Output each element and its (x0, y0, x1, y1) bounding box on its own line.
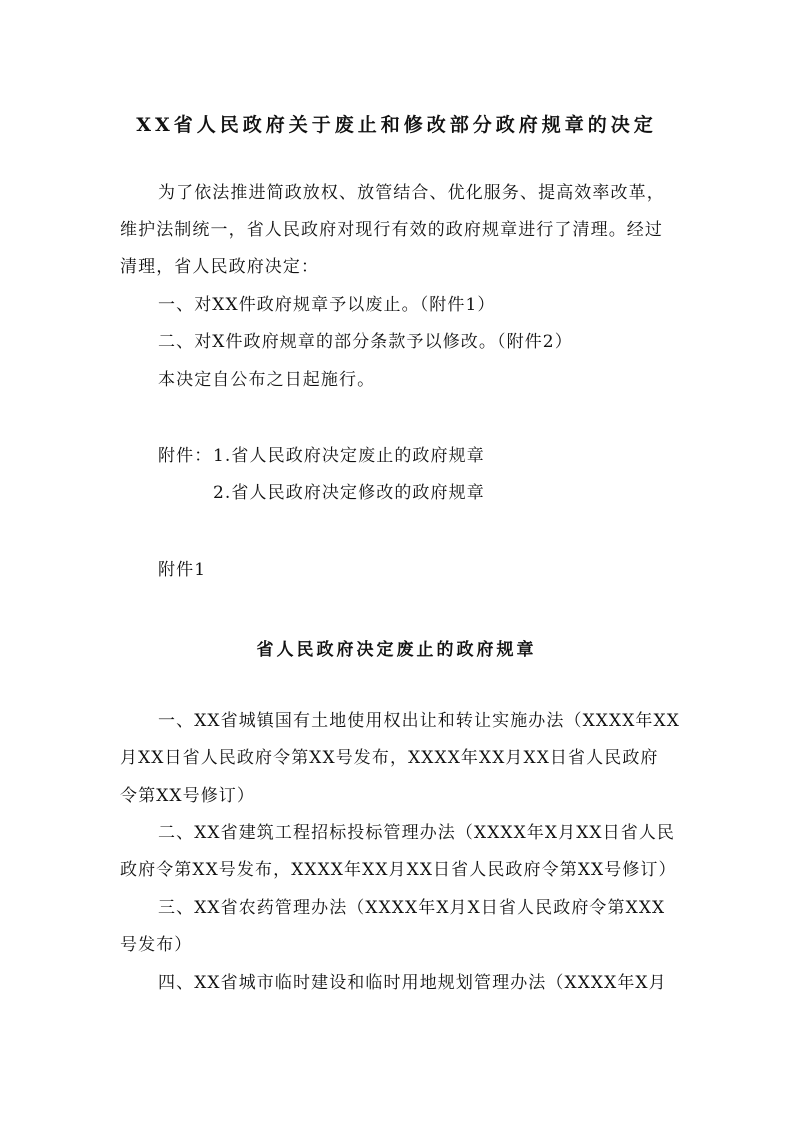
decision-item-1: 一、对XX件政府规章予以废止。（附件1） (158, 295, 496, 315)
annex1-item-1-line-2: 月XX日省人民政府令第XX号发布，XXXX年XX月XX日省人民政府 (120, 748, 659, 768)
annex1-title: 省人民政府决定废止的政府规章 (0, 635, 793, 660)
intro-line-1: 为了依法推进简政放权、放管结合、优化服务、提高效率改革， (158, 183, 665, 203)
document-title: XX省人民政府关于废止和修改部分政府规章的决定 (0, 110, 793, 137)
annex1-item-3-line-2: 号发布） (120, 935, 192, 955)
annex1-item-2-line-2: 政府令第XX号发布，XXXX年XX月XX日省人民政府令第XX号修订） (120, 860, 677, 880)
annex1-item-1-line-1: 一、XX省城镇国有土地使用权出让和转让实施办法（XXXX年XX (158, 711, 680, 731)
effective-statement: 本决定自公布之日起施行。 (158, 370, 375, 390)
annex1-item-2-line-1: 二、XX省建筑工程招标投标管理办法（XXXX年X月XX日省人民 (158, 823, 675, 843)
attachment-item-2: 2.省人民政府决定修改的政府规章 (213, 483, 485, 503)
annex1-item-3-line-1: 三、XX省农药管理办法（XXXX年X月X日省人民政府令第XXX (158, 898, 665, 918)
attachment-item-1: 1.省人民政府决定废止的政府规章 (213, 446, 485, 466)
intro-line-2: 维护法制统一，省人民政府对现行有效的政府规章进行了清理。经过 (120, 220, 663, 240)
annex1-label: 附件1 (158, 560, 206, 580)
attachments-label: 附件： (158, 446, 212, 466)
annex1-item-1-line-3: 令第XX号修订） (120, 786, 255, 806)
annex1-item-4-line-1: 四、XX省城市临时建设和临时用地规划管理办法（XXXX年X月 (158, 973, 667, 993)
decision-item-2: 二、对X件政府规章的部分条款予以修改。（附件2） (158, 332, 573, 352)
intro-line-3: 清理，省人民政府决定： (120, 257, 319, 277)
document-page: XX省人民政府关于废止和修改部分政府规章的决定 为了依法推进简政放权、放管结合、… (0, 0, 793, 1122)
